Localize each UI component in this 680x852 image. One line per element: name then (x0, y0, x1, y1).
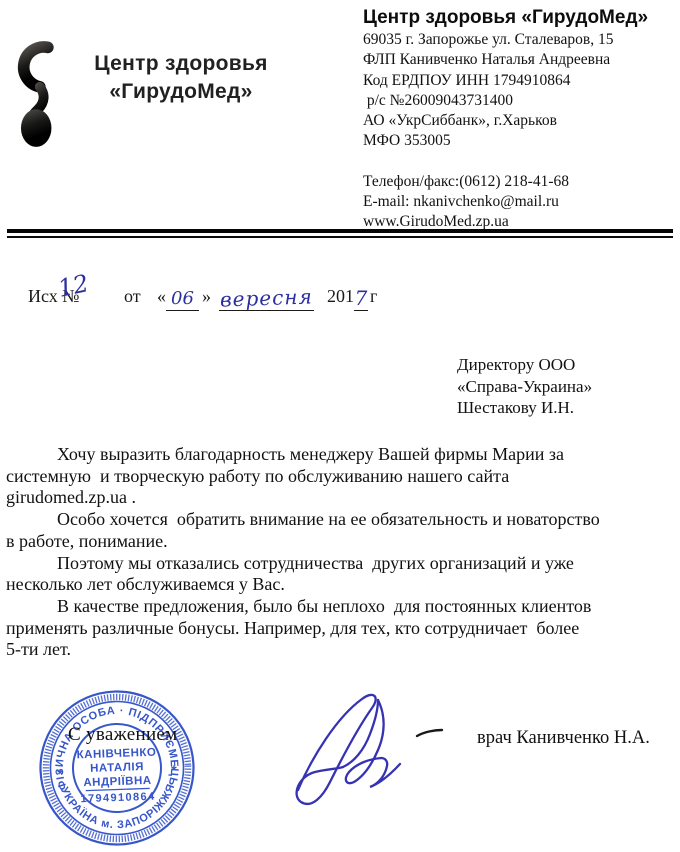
recipient-line: Директору ООО (457, 354, 667, 376)
reference-date-line: Исх № 12 от « 06 » вересня 201 7 г (0, 276, 680, 316)
recipient-block: Директору ООО«Справа-Украина»Шестакову И… (457, 354, 667, 419)
ref-month-handwritten: вересня (220, 284, 314, 311)
letterhead-address-line: АО «УкрСиббанк», г.Харьков (363, 111, 678, 131)
letterhead-contacts: Телефон/факс:(0612) 218-41-68E-mail: nka… (363, 172, 678, 233)
body-line: несколько лет обслуживаемся у Вас. (6, 574, 678, 596)
signature-dash (417, 730, 442, 736)
letterhead-address-line: Код ЕРДПОУ ИНН 1794910864 (363, 71, 678, 91)
ref-close-quote: » (202, 286, 211, 307)
scanned-letter-page: Центр здоровья «ГирудоМед» Центр здоровь… (0, 0, 680, 852)
body-line: Особо хочется обратить внимание на ее об… (6, 509, 678, 531)
letter-body: Хочу выразить благодарность менеджеру Ва… (6, 444, 678, 661)
seal-name-line-2: НАТАЛІЯ (90, 761, 144, 775)
body-line: 5-ти лет. (6, 639, 678, 661)
signer-name: врач Канивченко Н.А. (477, 728, 650, 749)
ref-number-handwritten: 12 (55, 269, 91, 303)
seal-name-line-1: КАНІВЧЕНКО (76, 747, 156, 762)
round-seal-stamp: ФІЗИЧНА ОСОБА · ПІДПРИЄМЕЦЬ УКРАЇНА м. З… (37, 688, 197, 848)
body-line: girudomed.zp.ua . (6, 487, 678, 509)
letterhead-address-line: ФЛП Канивченко Наталья Андреевна (363, 50, 678, 70)
logo-line-2: «ГирудоМед» (74, 78, 288, 106)
body-line: В качестве предложения, было бы неплохо … (6, 596, 678, 618)
letterhead-divider-rule (7, 229, 673, 238)
handwritten-signature (282, 672, 452, 822)
ref-day-handwritten: 06 (171, 288, 194, 310)
letterhead-address-line: МФО 353005 (363, 131, 678, 151)
closing-salutation: С уважением (68, 724, 177, 746)
logo-line-1: Центр здоровья (74, 50, 288, 78)
body-line: системную и творческую работу по обслужи… (6, 466, 678, 488)
ref-year-suffix: г (370, 286, 377, 307)
letterhead-contact-line: E-mail: nkanivchenko@mail.ru (363, 192, 678, 212)
body-line: Поэтому мы отказались сотрудничества дру… (6, 553, 678, 575)
seal-name-line-3: АНДРІЇВНА (83, 774, 152, 789)
letterhead-address-line: р/с №26009043731400 (363, 91, 678, 111)
letterhead-address: 69035 г. Запорожье ул. Сталеваров, 15ФЛП… (363, 30, 678, 152)
recipient-line: «Справа-Украина» (457, 376, 667, 398)
ref-from-label: от (124, 286, 141, 307)
letterhead-spacer (363, 152, 678, 172)
ref-year-digit-handwritten: 7 (355, 286, 368, 310)
leech-logo-icon (12, 34, 64, 154)
letterhead-address-line: 69035 г. Запорожье ул. Сталеваров, 15 (363, 30, 678, 50)
letterhead-contact-line: Телефон/факс:(0612) 218-41-68 (363, 172, 678, 192)
ref-year-prefix: 201 (327, 286, 354, 307)
letterhead-block: Центр здоровья «ГирудоМед» 69035 г. Запо… (363, 6, 678, 233)
body-line: в работе, понимание. (6, 531, 678, 553)
ref-month-slot: вересня (219, 278, 314, 311)
body-line: применять различные бонусы. Например, дл… (6, 618, 678, 640)
ref-open-quote: « (157, 286, 166, 307)
ref-day-slot: 06 (166, 278, 199, 311)
body-line: Хочу выразить благодарность менеджеру Ва… (6, 444, 678, 466)
recipient-line: Шестакову И.Н. (457, 397, 667, 419)
ref-year-slot: 7 (354, 278, 368, 311)
letterhead-title: Центр здоровья «ГирудоМед» (363, 6, 678, 30)
logo-wordmark: Центр здоровья «ГирудоМед» (74, 50, 288, 106)
